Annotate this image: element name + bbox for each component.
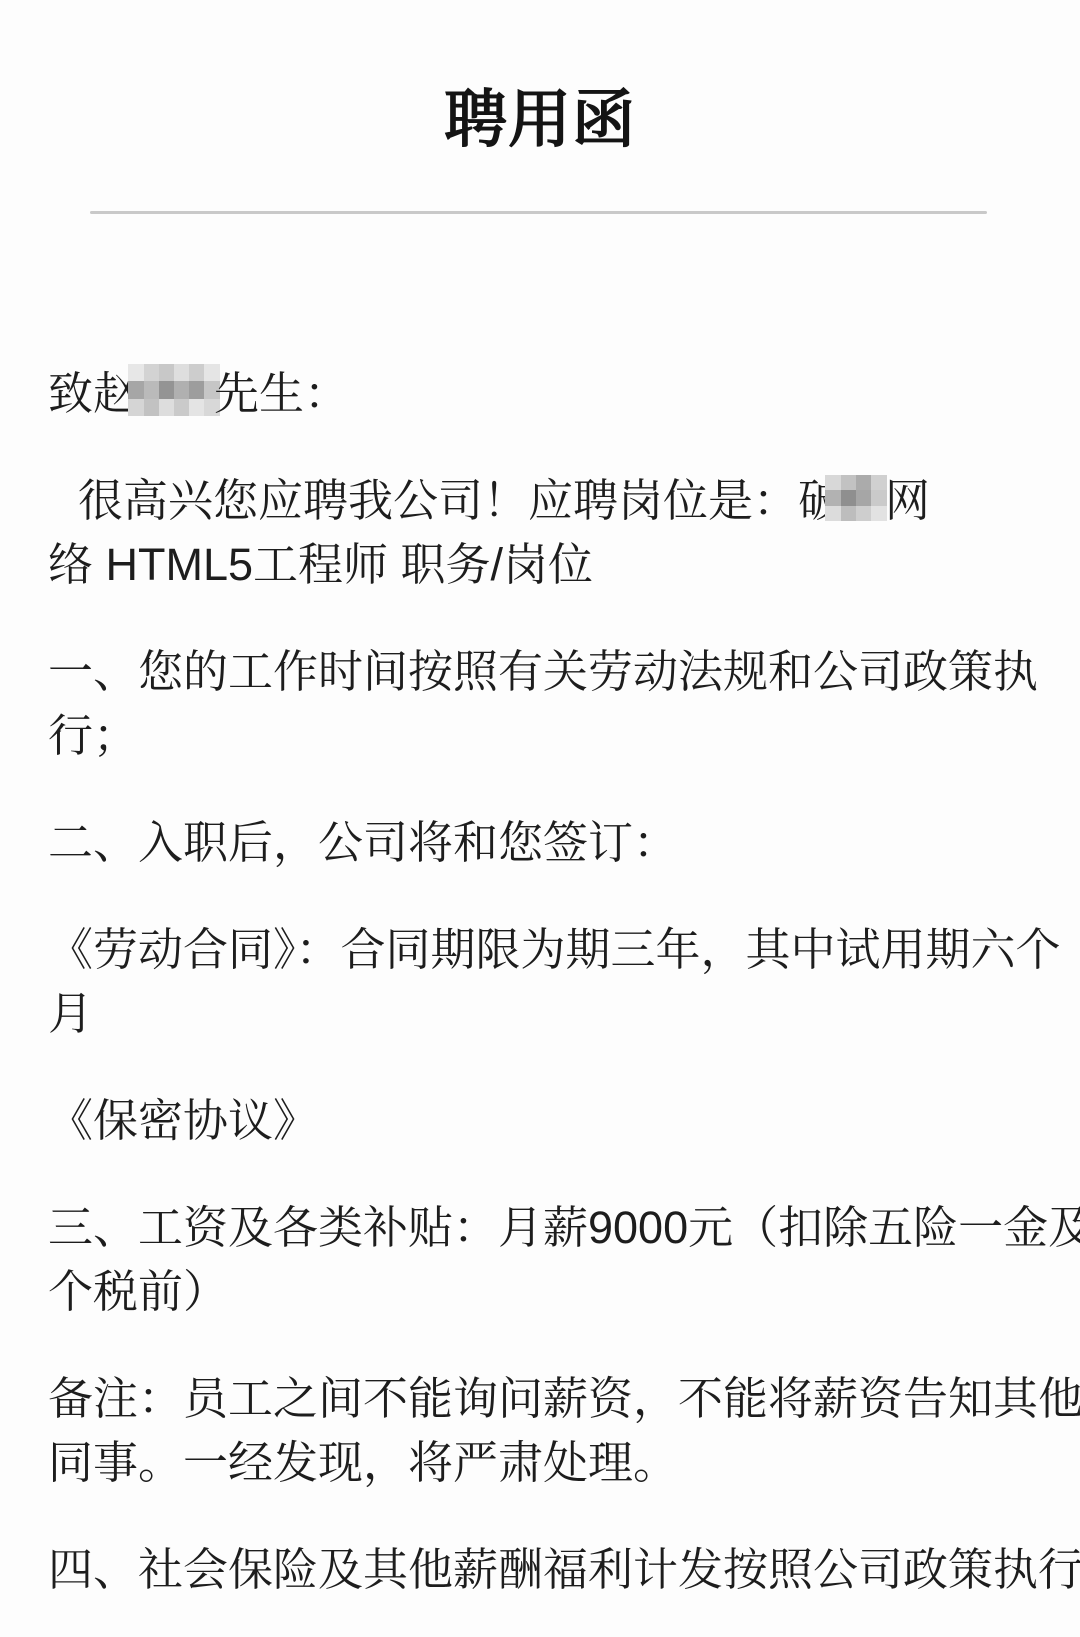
salutation-line: 致赵先生： [48,362,1032,426]
paragraph-line: 备注：员工之间不能询问薪资，不能将薪资告知其他 [48,1367,1032,1431]
paragraph-line: 《保密协议》 [48,1089,1032,1153]
paragraph-line: 行； [48,704,1032,768]
paragraph-line: 一、您的工作时间按照有关劳动法规和公司政策执 [48,640,1032,704]
paragraph-line: 四、社会保险及其他薪酬福利计发按照公司政策执行 [48,1538,1032,1602]
clause-contracts-intro: 二、入职后，公司将和您签订： [48,811,1032,875]
paragraph-line: 三、工资及各类补贴：月薪9000元（扣除五险一金及 [48,1196,1032,1260]
redacted-company-mosaic-icon [825,475,887,521]
salutation-suffix: 先生： [214,368,349,419]
paragraph-line: 个税前） [48,1260,1032,1324]
paragraph-line: 同事。一经发现，将严肃处理。 [48,1431,1032,1495]
intro-line-2: 络 HTML5工程师 职务/岗位 [48,533,1032,597]
salutation-prefix: 致赵 [48,368,138,419]
intro-line1-text: 很高兴您应聘我公司！应聘岗位是：破 [78,475,843,526]
salary-confidentiality-note: 备注：员工之间不能询问薪资，不能将薪资告知其他 同事。一经发现，将严肃处理。 [48,1367,1032,1495]
clause-work-hours: 一、您的工作时间按照有关劳动法规和公司政策执 行； [48,640,1032,768]
paragraph-line: 二、入职后，公司将和您签订： [48,811,1032,875]
contract-confidentiality: 《保密协议》 [48,1089,1032,1153]
title-divider [90,211,987,214]
clause-salary: 三、工资及各类补贴：月薪9000元（扣除五险一金及 个税前） [48,1196,1032,1324]
document-page: 聘用函 致赵先生： 很高兴您应聘我公司！应聘岗位是：破网 络 HTML5工程师 … [0,0,1080,1602]
intro-line1-tail: 网 [885,475,930,526]
paragraph-line: 月 [48,982,1032,1046]
redacted-name-mosaic-icon [128,364,220,416]
contract-labor-terms: 《劳动合同》：合同期限为期三年，其中试用期六个 月 [48,918,1032,1046]
paragraph-line: 《劳动合同》：合同期限为期三年，其中试用期六个 [48,918,1032,982]
letter-title: 聘用函 [0,0,1080,154]
intro-paragraph: 很高兴您应聘我公司！应聘岗位是：破网 络 HTML5工程师 职务/岗位 [48,469,1032,597]
intro-line-1: 很高兴您应聘我公司！应聘岗位是：破网 [48,469,1032,533]
clause-social-insurance: 四、社会保险及其他薪酬福利计发按照公司政策执行 [48,1538,1032,1602]
letter-body: 致赵先生： 很高兴您应聘我公司！应聘岗位是：破网 络 HTML5工程师 职务/岗… [0,362,1080,1602]
